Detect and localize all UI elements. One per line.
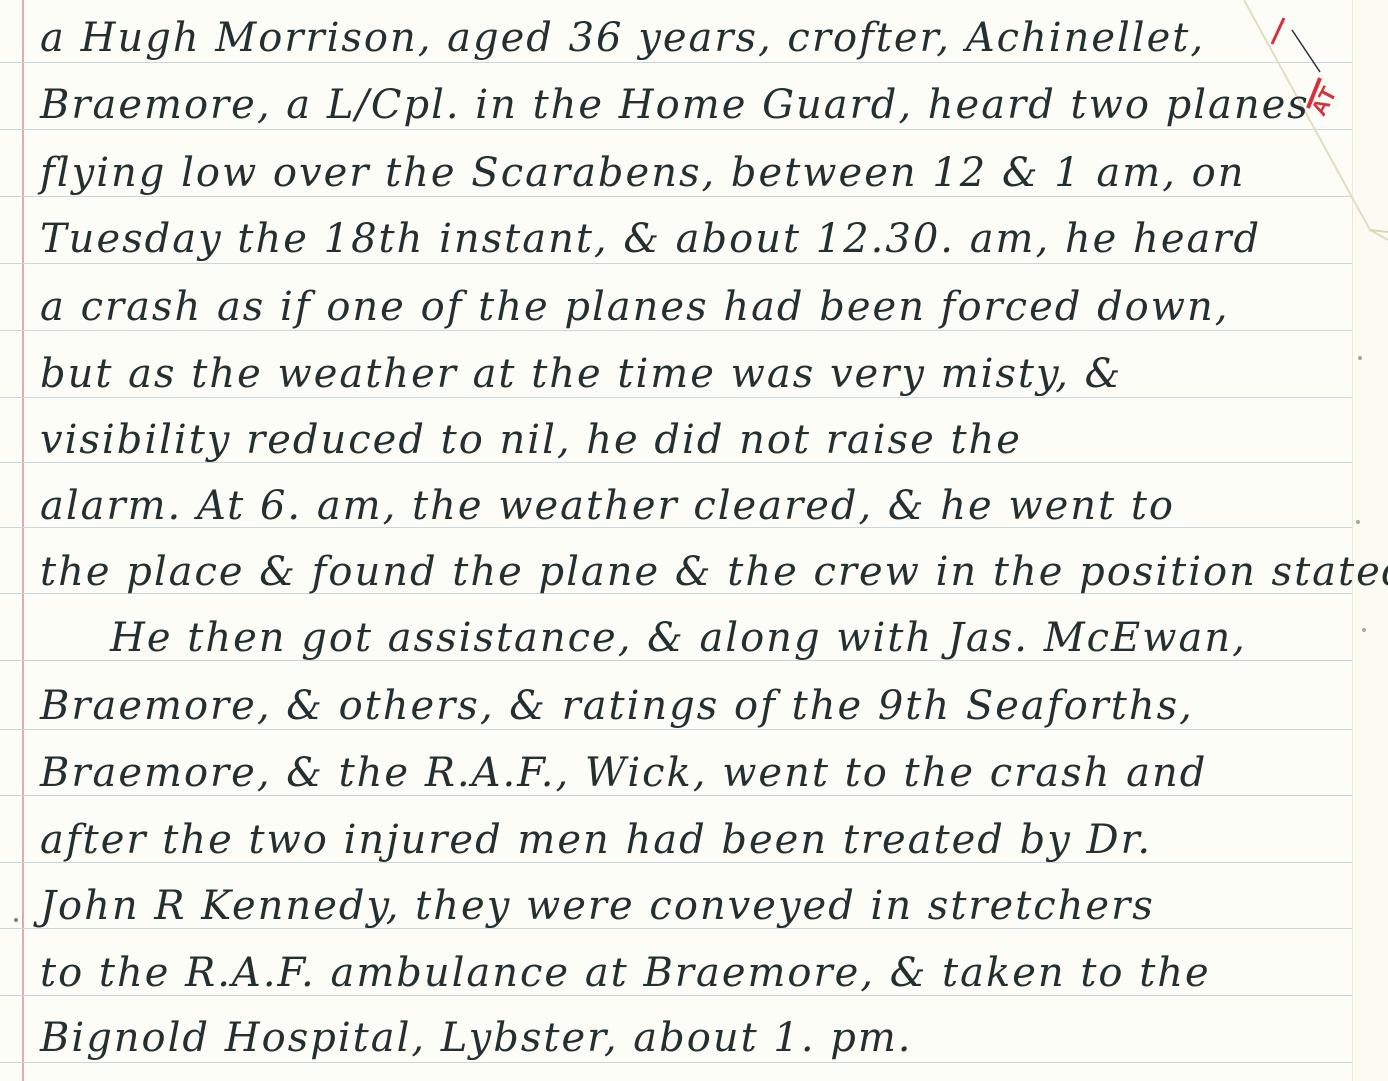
ruled-line — [0, 263, 1352, 264]
text-line: a crash as if one of the planes had been… — [40, 287, 1229, 327]
text-line: Braemore, a L/Cpl. in the Home Guard, he… — [40, 85, 1310, 125]
ruled-line — [0, 397, 1352, 398]
text-line: John R Kennedy, they were conveyed in st… — [40, 886, 1155, 926]
text-line: flying low over the Scarabens, between 1… — [40, 153, 1245, 193]
text-line: alarm. At 6. am, the weather cleared, & … — [40, 486, 1175, 526]
text-line: Braemore, & the R.A.F., Wick, went to th… — [40, 753, 1207, 793]
text-line: the place & found the plane & the crew i… — [40, 552, 1388, 592]
ruled-line — [0, 62, 1352, 63]
ruled-line — [0, 729, 1352, 730]
ink-speck — [1362, 628, 1366, 632]
text-line: He then got assistance, & along with Jas… — [110, 618, 1247, 658]
margin-line — [22, 0, 24, 1081]
text-line: but as the weather at the time was very … — [40, 354, 1122, 394]
text-line: Tuesday the 18th instant, & about 12.30.… — [40, 219, 1261, 259]
ruled-line — [0, 1062, 1352, 1063]
ink-speck — [14, 918, 18, 922]
text-line: to the R.A.F. ambulance at Braemore, & t… — [40, 953, 1211, 993]
text-line: Braemore, & others, & ratings of the 9th… — [40, 686, 1194, 726]
text-line: a Hugh Morrison, aged 36 years, crofter,… — [40, 18, 1205, 58]
paper-edge — [1352, 0, 1388, 1081]
ruled-line — [0, 196, 1352, 197]
text-line: Bignold Hospital, Lybster, about 1. pm. — [40, 1018, 913, 1058]
ink-speck — [1358, 356, 1362, 360]
text-line: visibility reduced to nil, he did not ra… — [40, 420, 1022, 460]
text-line: after the two injured men had been treat… — [40, 820, 1152, 860]
ruled-line — [0, 129, 1352, 130]
ink-speck — [1356, 520, 1360, 524]
document-page: AT a Hugh Morrison, aged 36 years, croft… — [0, 0, 1388, 1081]
ruled-line — [0, 330, 1352, 331]
red-stamp: AT — [1306, 82, 1343, 120]
